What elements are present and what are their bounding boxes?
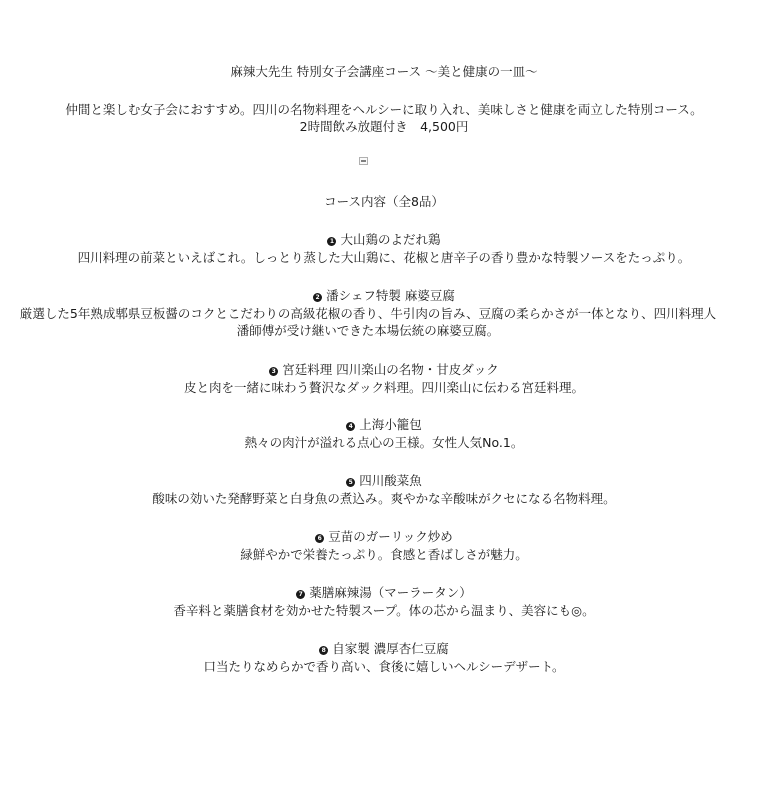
dish-title-7: 7薬膳麻辣湯（マーラータン）: [0, 584, 768, 601]
dish-title-4: 4上海小籠包: [0, 416, 768, 433]
dish-title-8: 8自家製 濃厚杏仁豆腐: [0, 640, 768, 657]
dish-description: 熱々の肉汁が溢れる点心の王様。女性人気No.1。: [0, 434, 768, 451]
memo-icon: [359, 157, 368, 165]
dish-title-1: 1大山鶏のよだれ鶏: [0, 231, 768, 248]
number-badge-icon: 5: [346, 478, 355, 487]
dish-name: 薬膳麻辣湯（マーラータン）: [309, 585, 472, 600]
number-badge-icon: 7: [296, 590, 305, 599]
dish-title-2: 2潘シェフ特製 麻婆豆腐: [0, 287, 768, 304]
price-line: 2時間飲み放題付き 4,500円: [0, 118, 768, 135]
intro-text: 仲間と楽しむ女子会におすすめ。四川の名物料理をヘルシーに取り入れ、美味しさと健康…: [0, 101, 768, 118]
number-badge-icon: 6: [315, 534, 324, 543]
dish-title-6: 6豆苗のガーリック炒め: [0, 528, 768, 545]
number-badge-icon: 3: [269, 367, 278, 376]
dish-name: 上海小籠包: [359, 417, 422, 432]
page-title: 麻辣大先生 特別女子会講座コース ～美と健康の一皿～: [0, 63, 768, 80]
dish-name: 宮廷料理 四川楽山の名物・甘皮ダック: [282, 362, 498, 377]
dish-description: 皮と肉を一緒に味わう贅沢なダック料理。四川楽山に伝わる宮廷料理。: [0, 379, 768, 396]
dish-name: 自家製 濃厚杏仁豆腐: [332, 641, 448, 656]
dish-description: 厳選した5年熟成郫県豆板醤のコクとこだわりの高級花椒の香り、牛引肉の旨み、豆腐の…: [18, 305, 718, 339]
dish-description: 緑鮮やかで栄養たっぷり。食感と香ばしさが魅力。: [0, 546, 768, 563]
document-page: 麻辣大先生 特別女子会講座コース ～美と健康の一皿～ 仲間と楽しむ女子会におすす…: [0, 0, 768, 807]
course-heading: コース内容（全8品）: [0, 193, 768, 210]
dish-name: 潘シェフ特製 麻婆豆腐: [326, 288, 455, 303]
dish-description: 香辛料と薬膳食材を効かせた特製スープ。体の芯から温まり、美容にも◎。: [0, 602, 768, 619]
dish-name: 大山鶏のよだれ鶏: [340, 232, 440, 247]
dish-description: 四川料理の前菜といえばこれ。しっとり蒸した大山鶏に、花椒と唐辛子の香り豊かな特製…: [0, 249, 768, 266]
number-badge-icon: 2: [313, 293, 322, 302]
dish-description: 口当たりなめらかで香り高い、食後に嬉しいヘルシーデザート。: [0, 658, 768, 675]
dish-description: 酸味の効いた発酵野菜と白身魚の煮込み。爽やかな辛酸味がクセになる名物料理。: [0, 490, 768, 507]
dish-name: 四川酸菜魚: [359, 473, 422, 488]
number-badge-icon: 1: [327, 237, 336, 246]
dish-name: 豆苗のガーリック炒め: [328, 529, 453, 544]
dish-title-5: 5四川酸菜魚: [0, 472, 768, 489]
dish-title-3: 3宮廷料理 四川楽山の名物・甘皮ダック: [0, 361, 768, 378]
number-badge-icon: 8: [319, 646, 328, 655]
number-badge-icon: 4: [346, 422, 355, 431]
